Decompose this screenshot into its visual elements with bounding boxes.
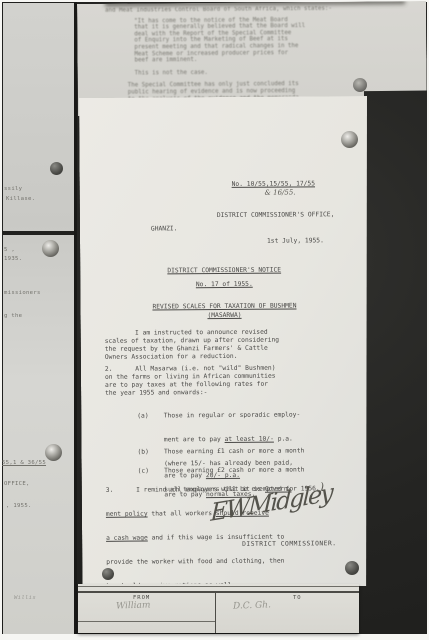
- paragraph-1: I am instructed to announce revisedscale…: [105, 329, 280, 362]
- memo-quote-lines: "It has come to the notice of the Meat B…: [134, 16, 426, 65]
- left-fragment: , 1955.: [6, 503, 32, 509]
- memo-case-line: This is not the case.: [135, 68, 427, 77]
- date-line: 1st July, 1955.: [267, 237, 324, 245]
- notice-title: DISTRICT COMMISSIONER'S NOTICE: [80, 266, 368, 276]
- left-fragment: Killase.: [6, 196, 35, 202]
- heading2-text: (MASARWA): [207, 312, 241, 319]
- notice-title-text: DISTRICT COMMISSIONER'S NOTICE: [167, 267, 281, 275]
- paper-seam-shadow: [74, 2, 77, 634]
- notice-number: No. 17 of 1955.: [80, 280, 368, 290]
- left-fragment: 5 ,: [4, 247, 15, 253]
- text-line: Owners Association for a reduction.: [105, 353, 279, 362]
- reference-number-addendum: & 16/55.: [265, 188, 296, 196]
- para3-l2-underlined-1: ment policy: [106, 511, 148, 518]
- drawing-pin-icon: [102, 568, 114, 580]
- heading1-text: REVISED SCALES FOR TAXATION OF BUSHMEN: [152, 302, 296, 310]
- paper-edge-shadow: [3, 231, 75, 235]
- text-line: beef are imminent.: [134, 55, 426, 64]
- form-column-divider: [215, 591, 216, 633]
- para3-line4: provide the worker with food and clothin…: [106, 558, 292, 567]
- left-fragment-reference: 55,1 & 36/55: [2, 460, 46, 466]
- from-handwritten-value: William: [116, 600, 151, 611]
- form-rule-left-cell: [78, 621, 215, 622]
- para3-l2-mid: that all workers: [148, 510, 216, 517]
- drawing-pin-icon: [345, 561, 359, 575]
- paper-fastener-icon: [45, 444, 62, 461]
- left-fragment: 1935.: [4, 256, 22, 262]
- district-commissioners-notice-paper: No. 10/55,15/55, 17/55 & 16/55. DISTRICT…: [79, 96, 370, 588]
- paper-fastener-icon: [42, 240, 59, 257]
- notice-heading-line2: (MASARWA): [81, 311, 369, 321]
- signed-title: DISTRICT COMMISSIONER.: [242, 540, 336, 549]
- paragraph-2: 2. All Masarwa (i.e. not "wild" Bushmen)…: [105, 365, 276, 398]
- to-column-header: TO: [293, 595, 302, 601]
- drawing-pin-icon: [50, 162, 63, 175]
- left-fragment: ssily: [4, 186, 22, 192]
- left-fragment: OFFICE,: [4, 481, 30, 487]
- left-fragment: g the: [4, 313, 22, 319]
- routing-slip: FROM TO William D.C. Gh.: [78, 584, 359, 633]
- form-rule-top: [78, 586, 359, 587]
- para3-l3-underlined: a cash wage: [106, 535, 148, 542]
- form-rule-heavy: [78, 591, 359, 593]
- item-a-line1: (a) Those in regular or sporadic employ-: [137, 411, 323, 420]
- station-line: GHANZI.: [151, 225, 178, 233]
- archival-photo-of-documents: ssily Killase. 5 , 1935. missioners g th…: [0, 0, 429, 640]
- drawing-pin-icon: [353, 78, 367, 92]
- to-handwritten-value: D.C. Gh.: [233, 600, 271, 611]
- paper-fastener-icon: [341, 131, 358, 148]
- office-line: DISTRICT COMMISSIONER'S OFFICE,: [217, 211, 335, 220]
- left-fragment-handwriting: Willis: [14, 595, 36, 601]
- memo-intro-line: and Meat Industries Control Board of Sou…: [105, 5, 426, 14]
- notice-number-text: No. 17 of 1955.: [196, 281, 253, 288]
- left-fragment: missioners: [4, 290, 41, 296]
